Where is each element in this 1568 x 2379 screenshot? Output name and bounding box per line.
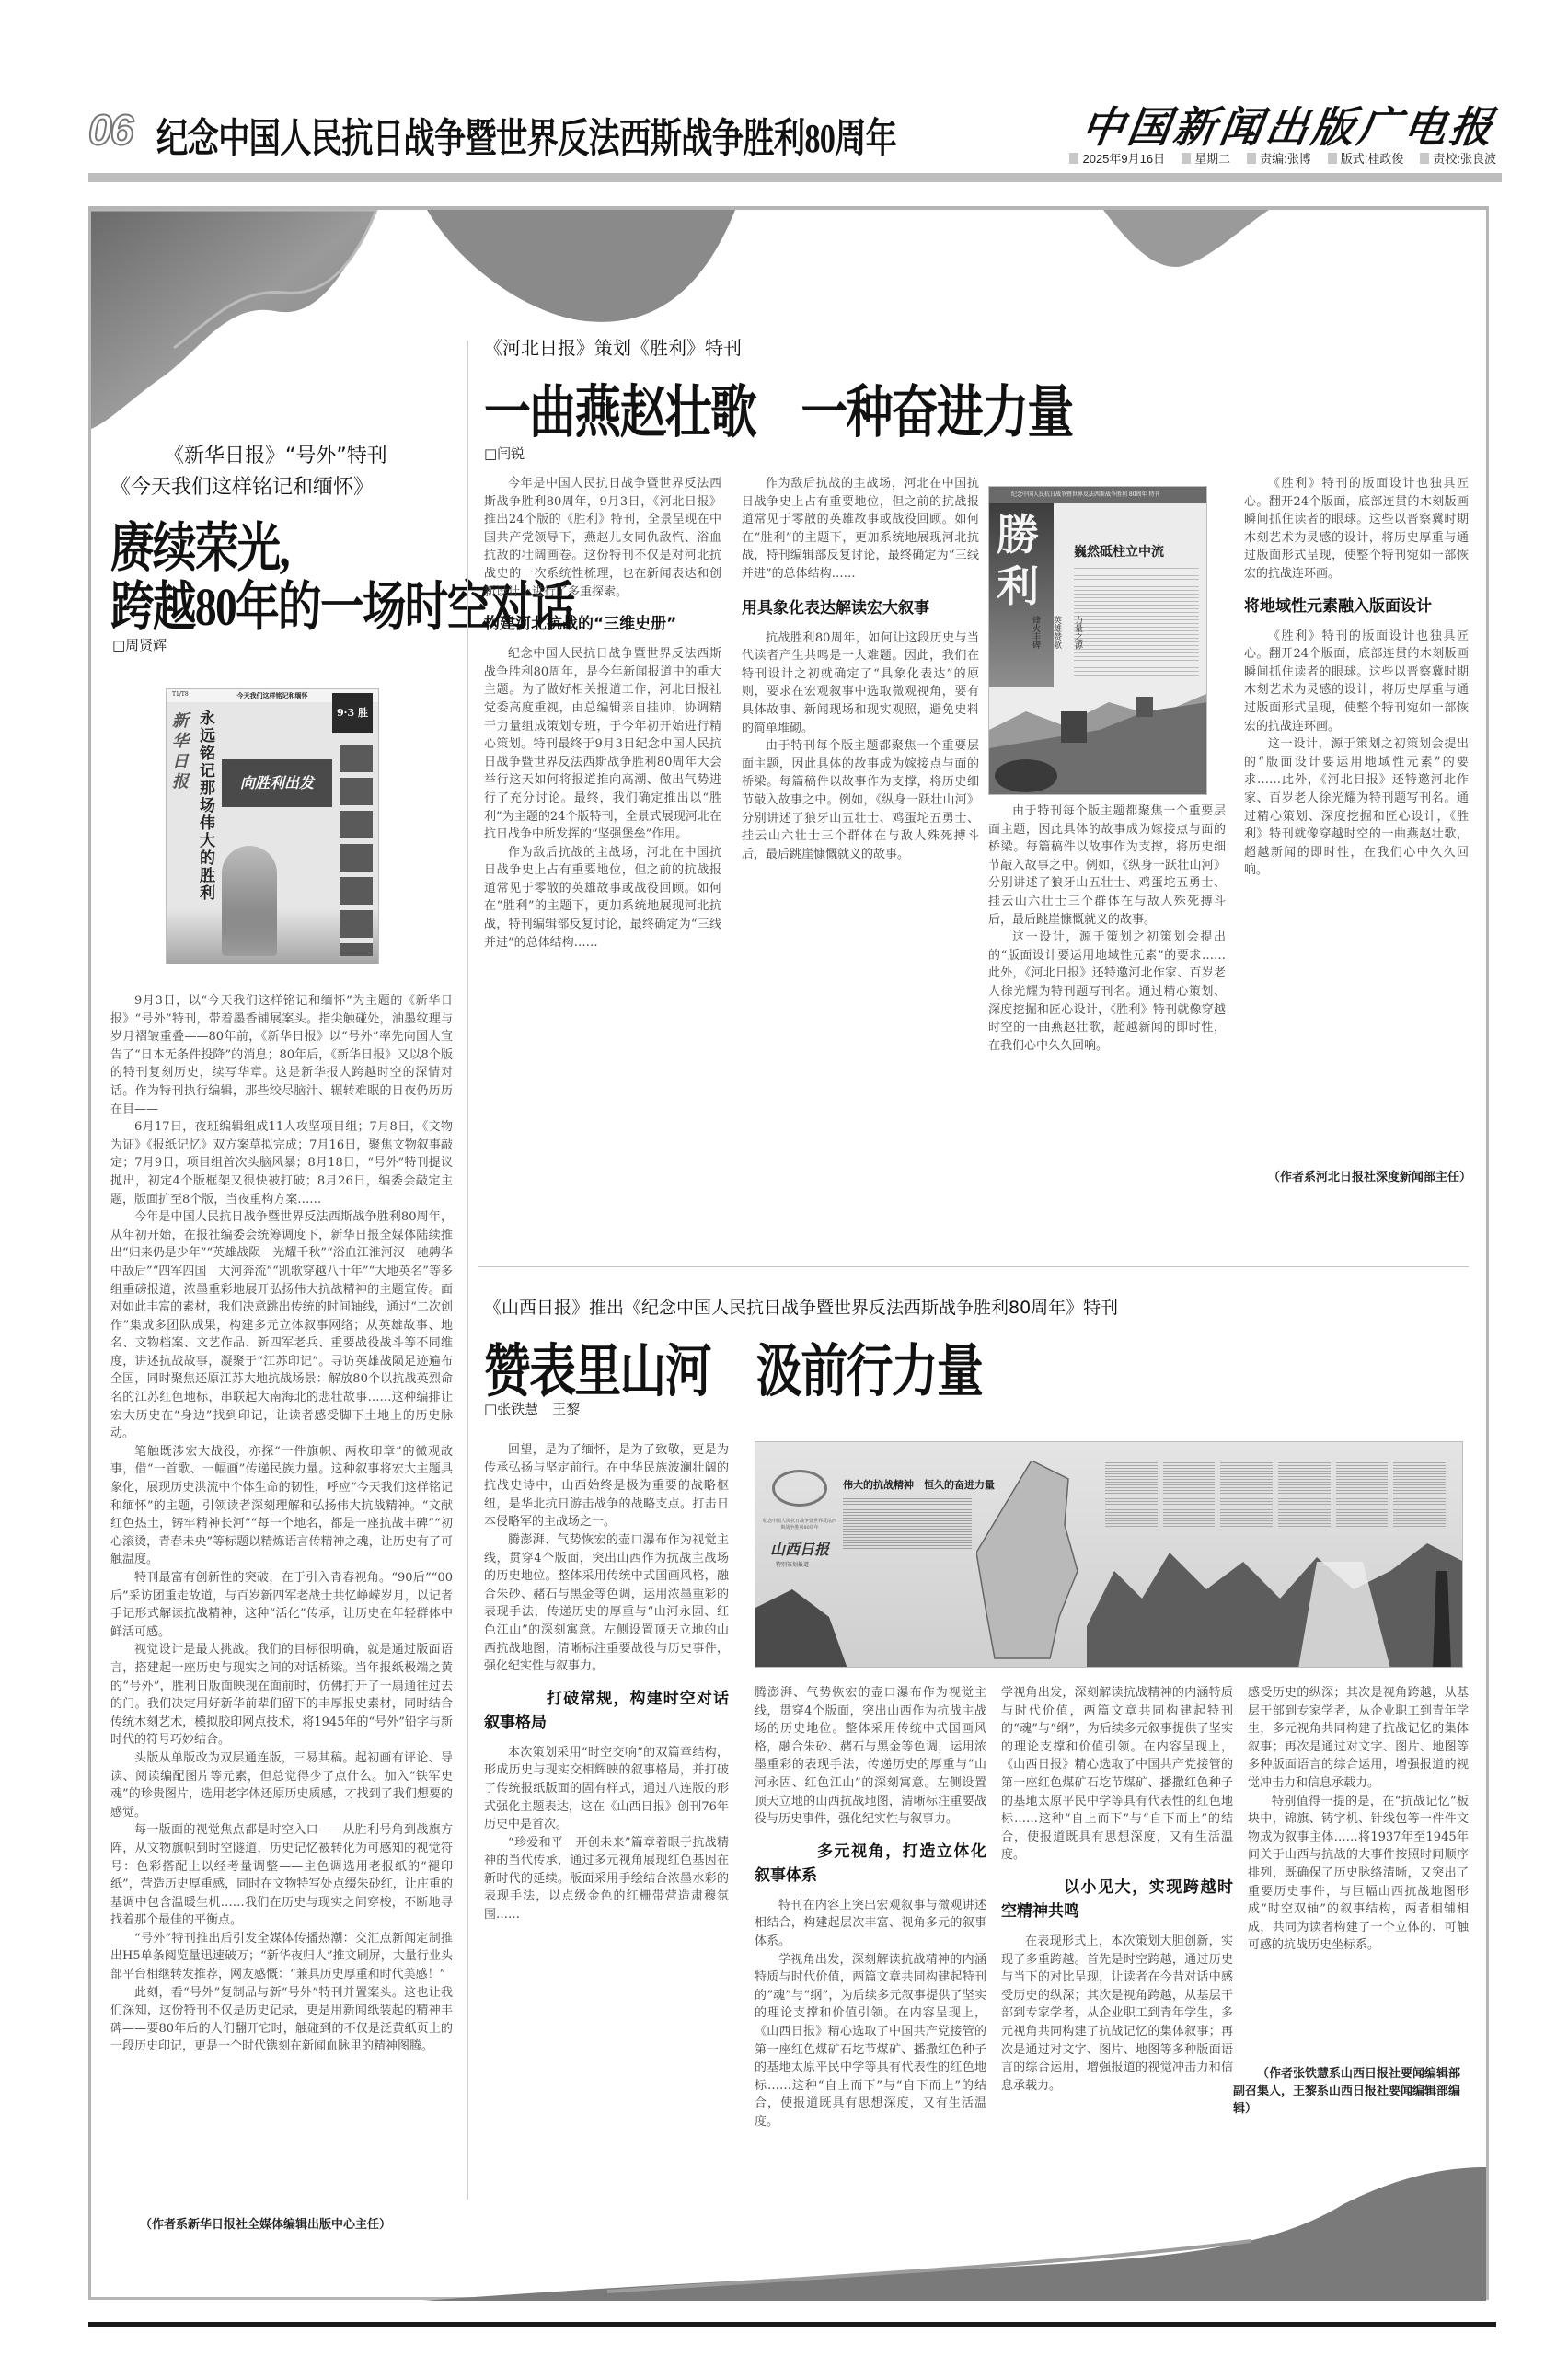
meta-weekday: 星期二 — [1182, 149, 1230, 167]
hebei-victory-edition-image: 纪念中国人民抗日战争暨世界反法西斯战争胜利 80周年 特刊 勝利 巍然砥柱立中流… — [988, 486, 1207, 795]
shanxi-subhead-1: 打破常规，构建时空对话叙事格局 — [484, 1687, 729, 1735]
great-wall-illustration — [989, 675, 1207, 794]
paragraph: 今年是中国人民抗日战争暨世界反法西斯战争胜利80周年，9月3日，《河北日报》推出… — [484, 475, 721, 601]
meta-proofreader-text: 责校:张良波 — [1433, 149, 1496, 167]
paragraph: 腾澎湃、气势恢宏的壶口瀑布作为视觉主线，贯穿4个版面，突出山西作为抗战主战场的历… — [755, 1684, 986, 1829]
paragraph: 抗战胜利80周年，如何让这段历史与当代读者产生共鸣是一大难题。因此，我们在特刊设… — [742, 629, 979, 738]
image-shanxi-masthead: 山西日报 — [770, 1538, 829, 1559]
image-subtitle: 纪念中国人民抗日战争暨世界反法西斯战争胜利80周年 — [763, 1518, 836, 1530]
meta-editor: 责编:张博 — [1247, 149, 1311, 167]
shanxi-map-illustration — [976, 1461, 1087, 1663]
square-bullet-icon — [1420, 153, 1429, 164]
hebei-byline: □闫锐 — [484, 444, 525, 463]
paragraph: “珍爱和平 开创未来”篇章着眼于抗战精神的当代传承，通过多元视角展现红色基因在新… — [484, 1834, 729, 1924]
hebei-subhead-1: 构建河北抗战的“三维史册” — [484, 612, 721, 636]
paragraph: 《胜利》特刊的版面设计也独具匠心。翻开24个版面，底部连贯的木刻版画瞬间抓住读者… — [1244, 475, 1469, 583]
paragraph: 由于特刊每个版主题都聚焦一个重要层面主题，因此具体的故事成为嫁接点与面的桥梁。每… — [742, 737, 979, 863]
meta-layout: 版式:桂政俊 — [1328, 149, 1404, 167]
meta-editor-text: 责编:张博 — [1260, 149, 1311, 167]
paragraph: 头版从单版改为双层通连版，三易其稿。起初画有评论、导读、阅读编配图片等元素，但总… — [110, 1750, 453, 1821]
shanxi-subhead-3: 以小见大，实现跨越时空精神共鸣 — [1001, 1876, 1233, 1923]
square-bullet-icon — [1328, 153, 1337, 164]
paragraph: 作为敌后抗战的主战场，河北在中国抗日战争史上占有重要地位，但之前的抗战报道常见于… — [742, 475, 979, 583]
paragraph: 感受历史的纵深；其次是视角跨越，从基层干部到专家学者，从企业职工到青年学生，多元… — [1248, 1684, 1469, 1793]
hebei-author-note: （作者系河北日报社深度新闻部主任） — [1244, 1169, 1469, 1186]
great-wall-emblem-icon — [772, 1470, 827, 1507]
column-divider — [467, 341, 468, 2200]
paragraph: 回望，是为了缅怀，是为了致敬，更是为传承弘扬与坚定前行。在中华民族波澜壮阔的抗战… — [484, 1441, 729, 1531]
paragraph: 9月3日，以“今天我们这样铭记和缅怀”为主题的《新华日报》“号外”特刊，带着墨香… — [110, 992, 453, 1118]
image-pages: T1/T8 — [172, 691, 189, 698]
paragraph: 由于特刊每个版主题都聚焦一个重要层面主题，因此具体的故事成为嫁接点与面的桥梁。每… — [988, 803, 1226, 929]
image-text-block — [1074, 568, 1199, 678]
hebei-headline: 一曲燕赵壮歌 一种奋进力量 — [484, 366, 1073, 448]
image-section-label: 烽火丰碑 — [1030, 616, 1042, 649]
paragraph: 《胜利》特刊的版面设计也独具匠心。翻开24个版面，底部连贯的木刻版画瞬间抓住读者… — [1244, 628, 1469, 736]
image-section-labels: 烽火丰碑 英雄赞歌 力量之源 — [1030, 616, 1084, 649]
masthead-rule — [88, 173, 1502, 182]
mountain-waterfall-illustration — [1087, 1534, 1463, 1668]
image-xinhua-masthead: 新华日报 — [172, 711, 192, 792]
image-photo-strip — [340, 745, 373, 956]
xinhua-kicker-line2: 《今天我们这样铭记和缅怀》 — [110, 471, 374, 500]
image-big-title: 勝利 — [997, 509, 1052, 612]
shanxi-headline: 赞表里山河 汲前行力量 — [484, 1325, 982, 1407]
shanxi-column-2: 腾澎湃、气势恢宏的壶口瀑布作为视觉主线，贯穿4个版面，突出山西作为抗战主战场的历… — [755, 1684, 986, 2209]
image-xinhua-title: 永远铭记那场伟大的胜利 — [200, 710, 218, 902]
paragraph: 作为敌后抗战的主战场，河北在中国抗日战争史上占有重要地位，但之前的抗战报道常见于… — [484, 844, 721, 953]
image-text-block — [1336, 1462, 1389, 1527]
paragraph: 本次策划采用“时空交响”的双篇章结构，形成历史与现实交相辉映的叙事格局，并打破了… — [484, 1744, 729, 1834]
meta-date: 2025年9月16日 — [1069, 149, 1165, 167]
paragraph: 此刻，看“号外”复制品与新“号外”特刊并置案头。这也让我们深知，这份特刊不仅是历… — [110, 1984, 453, 2056]
image-text-block — [1220, 1462, 1273, 1527]
paragraph: 视觉设计是最大挑战。我们的目标很明确，就是通过版面语言，搭建起一座历史与现实之间… — [110, 1641, 453, 1750]
edition-meta: 2025年9月16日 星期二 责编:张博 版式:桂政俊 责校:张良波 — [1069, 149, 1496, 167]
hebei-kicker: 《河北日报》策划《胜利》特刊 — [484, 333, 742, 360]
paragraph: 学视角出发，深刻解读抗战精神的内涵特质与时代价值，两篇文章共同构建起特刊的“魂”… — [1001, 1684, 1233, 1865]
paragraph: 特刊在内容上突出宏观叙事与微观讲述相结合，构建起层次丰富、视角多元的叙事体系。 — [755, 1897, 986, 1951]
meta-date-text: 2025年9月16日 — [1082, 149, 1165, 167]
paragraph: 纪念中国人民抗日战争暨世界反法西斯战争胜利80周年，是今年新闻报道中的重大主题。… — [484, 645, 721, 844]
shanxi-column-3: 学视角出发，深刻解读抗战精神的内涵特质与时代价值，两篇文章共同构建起特刊的“魂”… — [1001, 1684, 1233, 2209]
image-section-label: 力量之源 — [1072, 616, 1084, 649]
shanxi-subhead-2: 多元视角，打造立体化叙事体系 — [755, 1840, 986, 1888]
image-victory-badge: 9·3 胜利日 — [332, 693, 373, 733]
shanxi-column-1: 回望，是为了缅怀，是为了致敬，更是为传承弘扬与坚定前行。在中华民族波澜壮阔的抗战… — [484, 1441, 729, 2205]
paragraph: 笔触既涉宏大战役，亦探“一件旗帜、两枚印章”的微观故事，借“一首歌、一幅画”传递… — [110, 1443, 453, 1569]
square-bullet-icon — [1247, 153, 1256, 164]
shanxi-special-edition-image: 纪念中国人民抗日战争暨世界反法西斯战争胜利80周年 山西日报 特别策划报道 伟大… — [755, 1441, 1463, 1668]
article-divider — [478, 1266, 1469, 1267]
square-bullet-icon — [1182, 153, 1191, 164]
paragraph: 今年是中国人民抗日战争暨世界反法西斯战争胜利80周年，从年初开始，在报社编委会统… — [110, 1208, 453, 1443]
image-text-block — [1278, 1462, 1331, 1527]
page-number: 06 — [88, 105, 132, 155]
meta-proofreader: 责校:张良波 — [1420, 149, 1496, 167]
square-bullet-icon — [1069, 153, 1078, 164]
page-bottom-rule — [88, 2322, 1496, 2327]
xinhua-byline: □周贤辉 — [112, 635, 167, 654]
hebei-column-3: 由于特刊每个版主题都聚焦一个重要层面主题，因此具体的故事成为嫁接点与面的桥梁。每… — [988, 803, 1226, 1318]
paragraph: 特别值得一提的是，在“抗战记忆”板块中，锦旗、铸字机、针线包等一件件文物成为叙事… — [1248, 1793, 1469, 1955]
shanxi-column-4: 感受历史的纵深；其次是视角跨越，从基层干部到专家学者，从企业职工到青年学生，多元… — [1248, 1684, 1469, 2071]
meta-weekday-text: 星期二 — [1194, 149, 1230, 167]
paragraph: 特刊最富有创新性的突破，在于引入青春视角。“90后”“00后”采访团重走故道，与… — [110, 1569, 453, 1641]
hebei-column-4: 《胜利》特刊的版面设计也独具匠心。翻开24个版面，底部连贯的木刻版画瞬间抓住读者… — [1244, 475, 1469, 1147]
paragraph: 在表现形式上，本次策划大胆创新，实现了多重跨越。首先是时空跨越，通过历史与当下的… — [1001, 1933, 1233, 2095]
page-masthead: 06 纪念中国人民抗日战争暨世界反法西斯战争胜利80周年 中国新闻出版广电报 2… — [88, 92, 1502, 184]
soldiers-illustration — [755, 1580, 847, 1668]
xinhua-body: 9月3日，以“今天我们这样铭记和缅怀”为主题的《新华日报》“号外”特刊，带着墨香… — [110, 992, 453, 2216]
paragraph: 这一设计，源于策划之初策划会提出的“版面设计要运用地域性元素”的要求……此外，《… — [1244, 735, 1469, 880]
xinhua-author-note: （作者系新华日报社全媒体编辑出版中心主任） — [140, 2216, 391, 2234]
page-banner-title: 纪念中国人民抗日战争暨世界反法西斯战争胜利80周年 — [156, 105, 896, 164]
shanxi-author-note: （作者张铁慧系山西日报社要闻编辑部副召集人，王黎系山西日报社要闻编辑部编辑） — [1233, 2065, 1463, 2118]
image-title: 伟大的抗战精神 恒久的奋进力量 — [843, 1477, 995, 1492]
image-text-block — [843, 1496, 972, 1551]
hebei-subhead-3: 将地域性元素融入版面设计 — [1244, 595, 1469, 618]
image-text-block — [1105, 1462, 1158, 1527]
meta-layout-text: 版式:桂政俊 — [1341, 149, 1404, 167]
image-text-block — [1163, 1462, 1216, 1527]
paragraph: “号外”特刊推出后引发全媒体传播热潮：交汇点新闻定制推出H5单条阅览量迅速破万；… — [110, 1930, 453, 1984]
image-top-line: 纪念中国人民抗日战争暨世界反法西斯战争胜利 80周年 特刊 — [989, 487, 1206, 503]
paragraph: 腾澎湃、气势恢宏的壶口瀑布作为视觉主线，贯穿4个版面，突出山西作为抗战主战场的历… — [484, 1531, 729, 1676]
xinhua-kicker-line1: 《新华日报》“号外”特刊 — [164, 440, 387, 468]
paragraph: 每一版面的视觉焦点都是时空入口——从胜利号角到战旗方阵，从文物旗帜到时空隧道，历… — [110, 1821, 453, 1930]
image-banner: 向胜利出发 — [222, 759, 332, 807]
image-column-blocks — [1105, 1462, 1446, 1527]
hebei-subhead-2: 用具象化表达解读宏大叙事 — [742, 596, 979, 620]
hebei-column-1: 今年是中国人民抗日战争暨世界反法西斯战争胜利80周年，9月3日，《河北日报》推出… — [484, 475, 721, 1312]
shanxi-byline: □张铁慧 王黎 — [484, 1399, 580, 1418]
image-section-label: 英雄赞歌 — [1051, 616, 1063, 649]
paragraph: 6月17日，夜班编辑组成11人攻坚项目组；7月8日，《文物为证》《报纸记忆》双方… — [110, 1118, 453, 1208]
image-label: 特别策划报道 — [776, 1560, 809, 1568]
image-text-block — [1393, 1462, 1446, 1527]
image-inner-headline: 巍然砥柱立中流 — [1074, 542, 1164, 560]
hebei-column-2: 作为敌后抗战的主战场，河北在中国抗日战争史上占有重要地位，但之前的抗战报道常见于… — [742, 475, 979, 1312]
paragraph: 学视角出发，深刻解读抗战精神的内涵特质与时代价值，两篇文章共同构建起特刊的“魂”… — [755, 1951, 986, 2131]
newspaper-logo: 中国新闻出版广电报 — [1078, 94, 1500, 155]
shanxi-kicker: 《山西日报》推出《纪念中国人民抗日战争暨世界反法西斯战争胜利80周年》特刊 — [484, 1294, 1118, 1319]
paragraph: 这一设计，源于策划之初策划会提出的“版面设计要运用地域性元素”的要求……此外，《… — [988, 929, 1226, 1055]
xinhua-special-edition-image: 今天我们这样铭记和缅怀 T1/T8 新华日报 永远铭记那场伟大的胜利 向胜利出发… — [166, 688, 379, 964]
